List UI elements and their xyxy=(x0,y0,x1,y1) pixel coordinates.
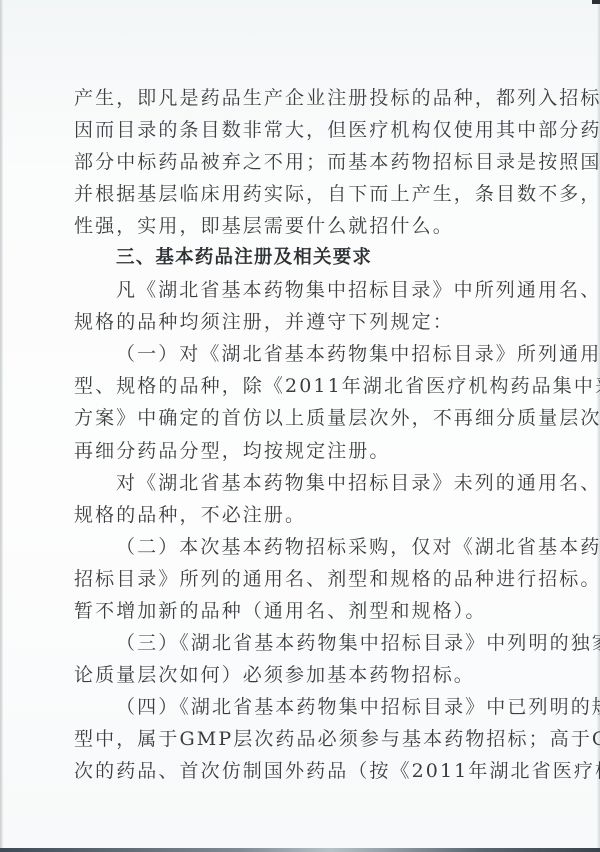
clause-1-line: 型、规格的品种，除《2011年湖北省医疗机构药品集中采购工作 xyxy=(74,372,518,404)
paragraph-line: 性强，实用，即基层需要什么就招什么。 xyxy=(74,212,518,244)
clause-2-line: 暂不增加新的品种（通用名、剂型和规格）。 xyxy=(74,597,518,629)
clause-3-line: 论质量层次如何）必须参加基本药物招标。 xyxy=(74,661,518,693)
clause-1-line: 方案》中确定的首仿以上质量层次外，不再细分质量层次，也不 xyxy=(74,404,518,436)
scan-edge-corner xyxy=(592,0,600,4)
paragraph-line: 并根据基层临床用药实际，自下而上产生，条目数不多，但针对 xyxy=(74,180,518,212)
clause-1-line: （一）对《湖北省基本药物集中招标目录》所列通用名、剂 xyxy=(74,340,518,372)
paragraph-line: 规格的品种，不必注册。 xyxy=(74,501,518,533)
clause-4-line: 次的药品、首次仿制国外药品（按《2011年湖北省医疗机构药品 xyxy=(74,757,518,789)
clause-1-line: 再细分药品分型，均按规定注册。 xyxy=(74,437,518,469)
paragraph-line: 凡《湖北省基本药物集中招标目录》中所列通用名、剂型和 xyxy=(74,276,518,308)
clause-4-line: （四）《湖北省基本药物集中招标目录》中已列明的规格、剂 xyxy=(74,693,518,725)
paragraph-line: 对《湖北省基本药物集中招标目录》未列的通用名、剂型和 xyxy=(74,469,518,501)
scan-edge-bottom xyxy=(0,848,600,852)
document-body: 产生，即凡是药品生产企业注册投标的品种，都列入招标目录， 因而目录的条目数非常大… xyxy=(74,84,518,789)
section-heading: 三、基本药品注册及相关要求 xyxy=(74,244,518,276)
clause-2-line: （二）本次基本药物招标采购，仅对《湖北省基本药物集中 xyxy=(74,533,518,565)
paragraph-line: 产生，即凡是药品生产企业注册投标的品种，都列入招标目录， xyxy=(74,84,518,116)
paragraph-line: 因而目录的条目数非常大，但医疗机构仅使用其中部分药品，大 xyxy=(74,116,518,148)
paragraph-line: 部分中标药品被弃之不用；而基本药物招标目录是按照国家规定， xyxy=(74,148,518,180)
clause-2-line: 招标目录》所列的通用名、剂型和规格的品种进行招标。原则上 xyxy=(74,565,518,597)
scan-edge-left xyxy=(0,0,3,852)
paragraph-line: 规格的品种均须注册，并遵守下列规定： xyxy=(74,308,518,340)
clause-3-line: （三）《湖北省基本药物集中招标目录》中列明的独家品规（不 xyxy=(74,629,518,661)
scanned-document-page: 产生，即凡是药品生产企业注册投标的品种，都列入招标目录， 因而目录的条目数非常大… xyxy=(0,0,600,852)
clause-4-line: 型中，属于GMP层次药品必须参与基本药物招标；高于GMP层 xyxy=(74,725,518,757)
